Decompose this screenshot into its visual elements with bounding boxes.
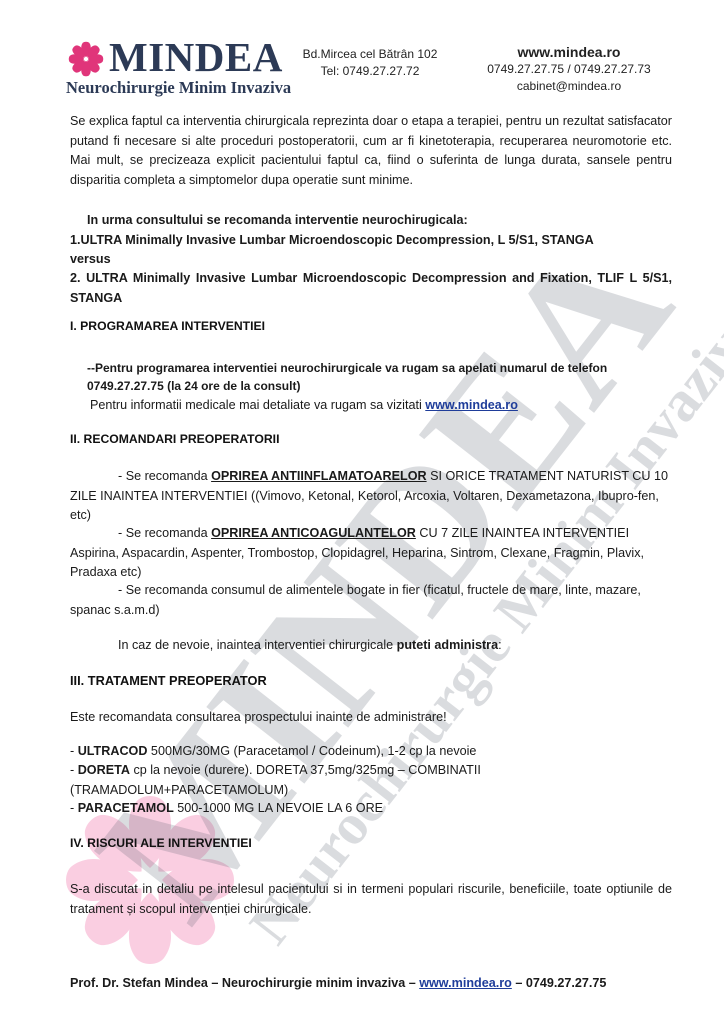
section-4-paragraph: S-a discutat in detaliu pe intelesul pac…: [70, 880, 672, 919]
med-name: ULTRACOD: [78, 744, 148, 758]
recommendation-lead: In urma consultului se recomanda interve…: [70, 211, 672, 231]
brand-tagline: Neurochirurgie Minim Invaziva: [66, 78, 291, 98]
address-line: Bd.Mircea cel Bătrân 102: [300, 46, 440, 63]
item-1-prefix: - Se recomanda: [118, 469, 211, 483]
section-2-item-1: - Se recomanda OPRIREA ANTIINFLAMATOAREL…: [70, 467, 672, 526]
item-1-emphasis: OPRIREA ANTIINFLAMATOARELOR: [211, 469, 426, 483]
note-emphasis: puteti administra: [397, 638, 498, 652]
section-2-item-2: - Se recomanda OPRIREA ANTICOAGULANTELOR…: [70, 524, 672, 583]
section-2-item-3: - Se recomanda consumul de alimentele bo…: [70, 581, 672, 620]
item-3-text: - Se recomanda consumul de alimentele bo…: [70, 583, 641, 617]
header-email: cabinet@mindea.ro: [478, 78, 660, 95]
header-phones: 0749.27.27.75 / 0749.27.27.73: [478, 61, 660, 78]
med-name: PARACETAMOL: [78, 801, 174, 815]
section-1-info-text: Pentru informatii medicale mai detaliate…: [90, 398, 425, 412]
footer-website-link[interactable]: www.mindea.ro: [419, 976, 512, 990]
website-link[interactable]: www.mindea.ro: [425, 398, 518, 412]
section-3-warning: Este recomandata consultarea prospectulu…: [70, 708, 672, 728]
note-prefix: In caz de nevoie, inaintea interventiei …: [118, 638, 397, 652]
med-item-ultracod: - ULTRACOD 500MG/30MG (Paracetamol / Cod…: [70, 742, 540, 762]
header-website: www.mindea.ro: [478, 44, 660, 61]
item-2-emphasis: OPRIREA ANTICOAGULANTELOR: [211, 526, 416, 540]
med-detail: cp la nevoie (durere). DORETA 37,5mg/325…: [70, 763, 481, 797]
med-detail: 500MG/30MG (Paracetamol / Codeinum), 1-2…: [147, 744, 476, 758]
address-phone: Tel: 0749.27.27.72: [300, 63, 440, 80]
recommendation-option-1: 1.ULTRA Minimally Invasive Lumbar Microe…: [70, 231, 672, 251]
med-item-paracetamol: - PARACETAMOL 500-1000 MG LA NEVOIE LA 6…: [70, 799, 540, 819]
med-detail: 500-1000 MG LA NEVOIE LA 6 ORE: [174, 801, 383, 815]
section-1-line-1: --Pentru programarea interventiei neuroc…: [70, 359, 672, 379]
item-2-prefix: - Se recomanda: [118, 526, 211, 540]
med-item-doreta: - DORETA cp la nevoie (durere). DORETA 3…: [70, 761, 540, 800]
section-2-title: II. RECOMANDARI PREOPERATORII: [70, 432, 279, 446]
brand-logo: MINDEA Neurochirurgie Minim Invaziva: [66, 39, 296, 99]
footer-text: Prof. Dr. Stefan Mindea – Neurochirurgie…: [70, 976, 419, 990]
note-suffix: :: [498, 638, 502, 652]
section-3-title: III. TRATAMENT PREOPERATOR: [70, 673, 267, 688]
clinic-address: Bd.Mircea cel Bătrân 102 Tel: 0749.27.27…: [300, 46, 440, 80]
med-name: DORETA: [78, 763, 130, 777]
brand-name: MINDEA: [109, 35, 283, 79]
intro-paragraph: Se explica faptul ca interventia chirurg…: [70, 112, 672, 190]
section-1-line-3: Pentru informatii medicale mai detaliate…: [70, 396, 672, 416]
footer: Prof. Dr. Stefan Mindea – Neurochirurgie…: [70, 974, 672, 994]
flower-logo-icon: [68, 41, 104, 77]
footer-phone: – 0749.27.27.75: [512, 976, 607, 990]
section-1-line-2: 0749.27.27.75 (la 24 ore de la consult): [70, 377, 672, 397]
section-1-title: I. PROGRAMAREA INTERVENTIEI: [70, 319, 265, 333]
contact-block: www.mindea.ro 0749.27.27.75 / 0749.27.27…: [478, 44, 660, 95]
document-page: MINDEA Neurochirurgie Minim Invaziva: [0, 0, 724, 1024]
recommendation-connector: versus: [70, 250, 672, 270]
section-2-note: In caz de nevoie, inaintea interventiei …: [70, 636, 672, 656]
section-4-title: IV. RISCURI ALE INTERVENTIEI: [70, 836, 252, 850]
recommendation-option-2: 2. ULTRA Minimally Invasive Lumbar Micro…: [70, 269, 672, 308]
